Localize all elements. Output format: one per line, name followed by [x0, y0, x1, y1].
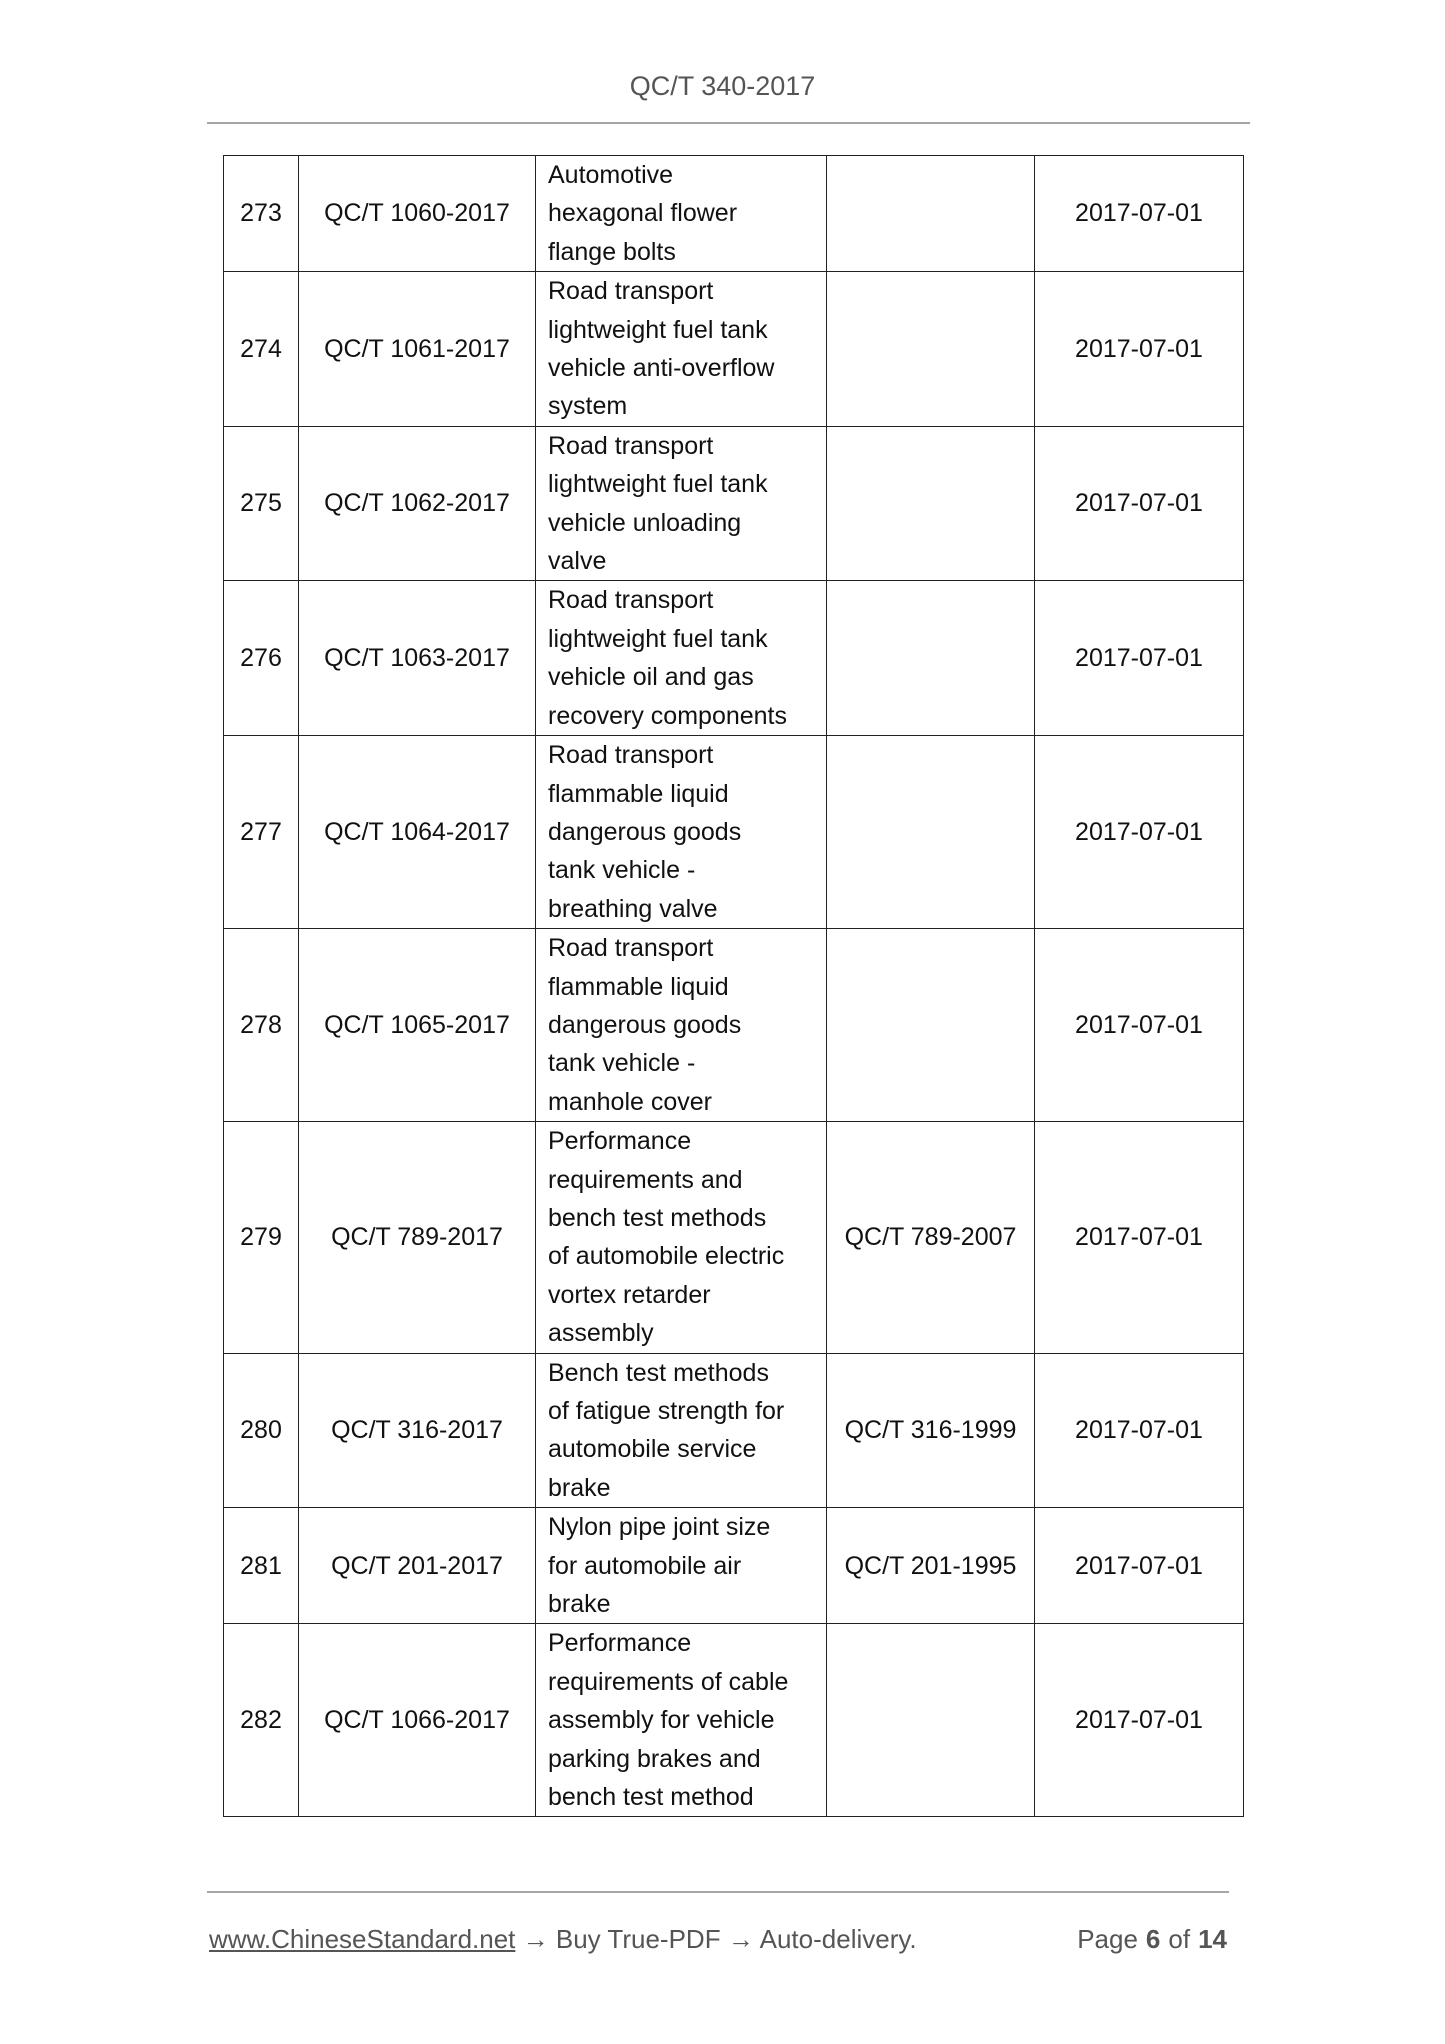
title-line: parking brakes and: [548, 1740, 822, 1778]
title-line: Automotive: [548, 156, 822, 194]
cell-replaced-standard: [827, 1624, 1035, 1817]
cell-number: 275: [224, 426, 299, 581]
cell-replaced-standard: QC/T 201-1995: [827, 1508, 1035, 1624]
cell-number: 281: [224, 1508, 299, 1624]
title-line: flammable liquid: [548, 968, 822, 1006]
cell-standard-code: QC/T 1064-2017: [299, 736, 536, 929]
page-current: 6: [1146, 1924, 1160, 1954]
cell-implementation-date: 2017-07-01: [1035, 272, 1244, 427]
title-line: Road transport: [548, 929, 822, 967]
cell-standard-code: QC/T 1060-2017: [299, 156, 536, 272]
cell-implementation-date: 2017-07-01: [1035, 1122, 1244, 1353]
title-line: recovery components: [548, 697, 822, 735]
title-line: tank vehicle -: [548, 851, 822, 889]
cell-standard-title: Road transportflammable liquiddangerous …: [536, 929, 827, 1122]
cell-replaced-standard: [827, 272, 1035, 427]
cell-implementation-date: 2017-07-01: [1035, 1508, 1244, 1624]
cell-replaced-standard: QC/T 316-1999: [827, 1353, 1035, 1508]
title-line: vehicle oil and gas: [548, 658, 822, 696]
cell-standard-code: QC/T 1066-2017: [299, 1624, 536, 1817]
title-line: Road transport: [548, 736, 822, 774]
table-row: 278QC/T 1065-2017Road transportflammable…: [224, 929, 1244, 1122]
cell-replaced-standard: [827, 156, 1035, 272]
cell-number: 279: [224, 1122, 299, 1353]
cell-standard-title: Automotivehexagonal flowerflange bolts: [536, 156, 827, 272]
cell-implementation-date: 2017-07-01: [1035, 426, 1244, 581]
title-line: vortex retarder: [548, 1276, 822, 1314]
cell-standard-title: Nylon pipe joint sizefor automobile airb…: [536, 1508, 827, 1624]
cell-implementation-date: 2017-07-01: [1035, 156, 1244, 272]
table-row: 274QC/T 1061-2017Road transportlightweig…: [224, 272, 1244, 427]
arrow-right-icon: →: [728, 1924, 754, 1954]
cell-replaced-standard: [827, 736, 1035, 929]
title-line: lightweight fuel tank: [548, 620, 822, 658]
title-line: Nylon pipe joint size: [548, 1508, 822, 1546]
title-line: assembly: [548, 1314, 822, 1352]
cell-standard-title: Performancerequirements andbench test me…: [536, 1122, 827, 1353]
standards-table-body: 273QC/T 1060-2017Automotivehexagonal flo…: [224, 156, 1244, 1817]
cell-implementation-date: 2017-07-01: [1035, 1353, 1244, 1508]
title-line: manhole cover: [548, 1083, 822, 1121]
buy-true-pdf-text: Buy True-PDF: [556, 1924, 721, 1954]
title-line: requirements of cable: [548, 1663, 822, 1701]
table-row: 281QC/T 201-2017Nylon pipe joint sizefor…: [224, 1508, 1244, 1624]
cell-standard-title: Road transportlightweight fuel tankvehic…: [536, 426, 827, 581]
cell-standard-title: Bench test methodsof fatigue strength fo…: [536, 1353, 827, 1508]
title-line: flammable liquid: [548, 775, 822, 813]
website-link[interactable]: www.ChineseStandard.net: [209, 1924, 515, 1954]
page-of-label: of: [1168, 1924, 1190, 1954]
table-row: 276QC/T 1063-2017Road transportlightweig…: [224, 581, 1244, 736]
title-line: tank vehicle -: [548, 1044, 822, 1082]
standards-table: 273QC/T 1060-2017Automotivehexagonal flo…: [223, 155, 1244, 1817]
title-line: Road transport: [548, 272, 822, 310]
cell-standard-code: QC/T 1065-2017: [299, 929, 536, 1122]
cell-standard-code: QC/T 1061-2017: [299, 272, 536, 427]
footer-divider: [207, 1891, 1229, 1893]
cell-standard-title: Road transportlightweight fuel tankvehic…: [536, 272, 827, 427]
cell-number: 276: [224, 581, 299, 736]
title-line: for automobile air: [548, 1547, 822, 1585]
title-line: Performance: [548, 1624, 822, 1662]
cell-number: 278: [224, 929, 299, 1122]
title-line: valve: [548, 542, 822, 580]
cell-replaced-standard: [827, 426, 1035, 581]
page-total: 14: [1198, 1924, 1227, 1954]
header-divider: [207, 122, 1250, 124]
cell-standard-code: QC/T 1063-2017: [299, 581, 536, 736]
table-row: 282QC/T 1066-2017Performancerequirements…: [224, 1624, 1244, 1817]
title-line: Road transport: [548, 581, 822, 619]
page-number: Page6of14: [1077, 1924, 1227, 1955]
title-line: dangerous goods: [548, 1006, 822, 1044]
title-line: assembly for vehicle: [548, 1701, 822, 1739]
table-row: 280QC/T 316-2017Bench test methodsof fat…: [224, 1353, 1244, 1508]
title-line: lightweight fuel tank: [548, 311, 822, 349]
title-line: of fatigue strength for: [548, 1392, 822, 1430]
cell-standard-title: Road transportlightweight fuel tankvehic…: [536, 581, 827, 736]
cell-implementation-date: 2017-07-01: [1035, 736, 1244, 929]
cell-standard-code: QC/T 316-2017: [299, 1353, 536, 1508]
title-line: vehicle anti-overflow: [548, 349, 822, 387]
title-line: requirements and: [548, 1161, 822, 1199]
cell-implementation-date: 2017-07-01: [1035, 1624, 1244, 1817]
cell-standard-code: QC/T 789-2017: [299, 1122, 536, 1353]
title-line: vehicle unloading: [548, 504, 822, 542]
cell-replaced-standard: [827, 581, 1035, 736]
cell-number: 280: [224, 1353, 299, 1508]
page-header-title: QC/T 340-2017: [0, 70, 1445, 102]
title-line: lightweight fuel tank: [548, 465, 822, 503]
table-row: 277QC/T 1064-2017Road transportflammable…: [224, 736, 1244, 929]
cell-standard-title: Performancerequirements of cableassembly…: [536, 1624, 827, 1817]
cell-replaced-standard: QC/T 789-2007: [827, 1122, 1035, 1353]
cell-implementation-date: 2017-07-01: [1035, 581, 1244, 736]
auto-delivery-text: Auto-delivery.: [760, 1924, 917, 1954]
title-line: automobile service: [548, 1430, 822, 1468]
title-line: of automobile electric: [548, 1237, 822, 1275]
title-line: brake: [548, 1469, 822, 1507]
title-line: breathing valve: [548, 890, 822, 928]
cell-standard-code: QC/T 201-2017: [299, 1508, 536, 1624]
cell-standard-title: Road transportflammable liquiddangerous …: [536, 736, 827, 929]
cell-number: 282: [224, 1624, 299, 1817]
cell-number: 273: [224, 156, 299, 272]
title-line: Bench test methods: [548, 1354, 822, 1392]
title-line: bench test method: [548, 1778, 822, 1816]
title-line: Performance: [548, 1122, 822, 1160]
table-row: 273QC/T 1060-2017Automotivehexagonal flo…: [224, 156, 1244, 272]
cell-number: 274: [224, 272, 299, 427]
title-line: system: [548, 387, 822, 425]
table-row: 275QC/T 1062-2017Road transportlightweig…: [224, 426, 1244, 581]
arrow-right-icon: →: [523, 1924, 549, 1954]
title-line: flange bolts: [548, 233, 822, 271]
title-line: bench test methods: [548, 1199, 822, 1237]
page-label: Page: [1077, 1924, 1138, 1954]
title-line: brake: [548, 1585, 822, 1623]
cell-replaced-standard: [827, 929, 1035, 1122]
cell-implementation-date: 2017-07-01: [1035, 929, 1244, 1122]
cell-number: 277: [224, 736, 299, 929]
cell-standard-code: QC/T 1062-2017: [299, 426, 536, 581]
title-line: hexagonal flower: [548, 194, 822, 232]
title-line: Road transport: [548, 427, 822, 465]
footer-promo: www.ChineseStandard.net → Buy True-PDF →…: [209, 1924, 917, 1955]
table-row: 279QC/T 789-2017Performancerequirements …: [224, 1122, 1244, 1353]
title-line: dangerous goods: [548, 813, 822, 851]
